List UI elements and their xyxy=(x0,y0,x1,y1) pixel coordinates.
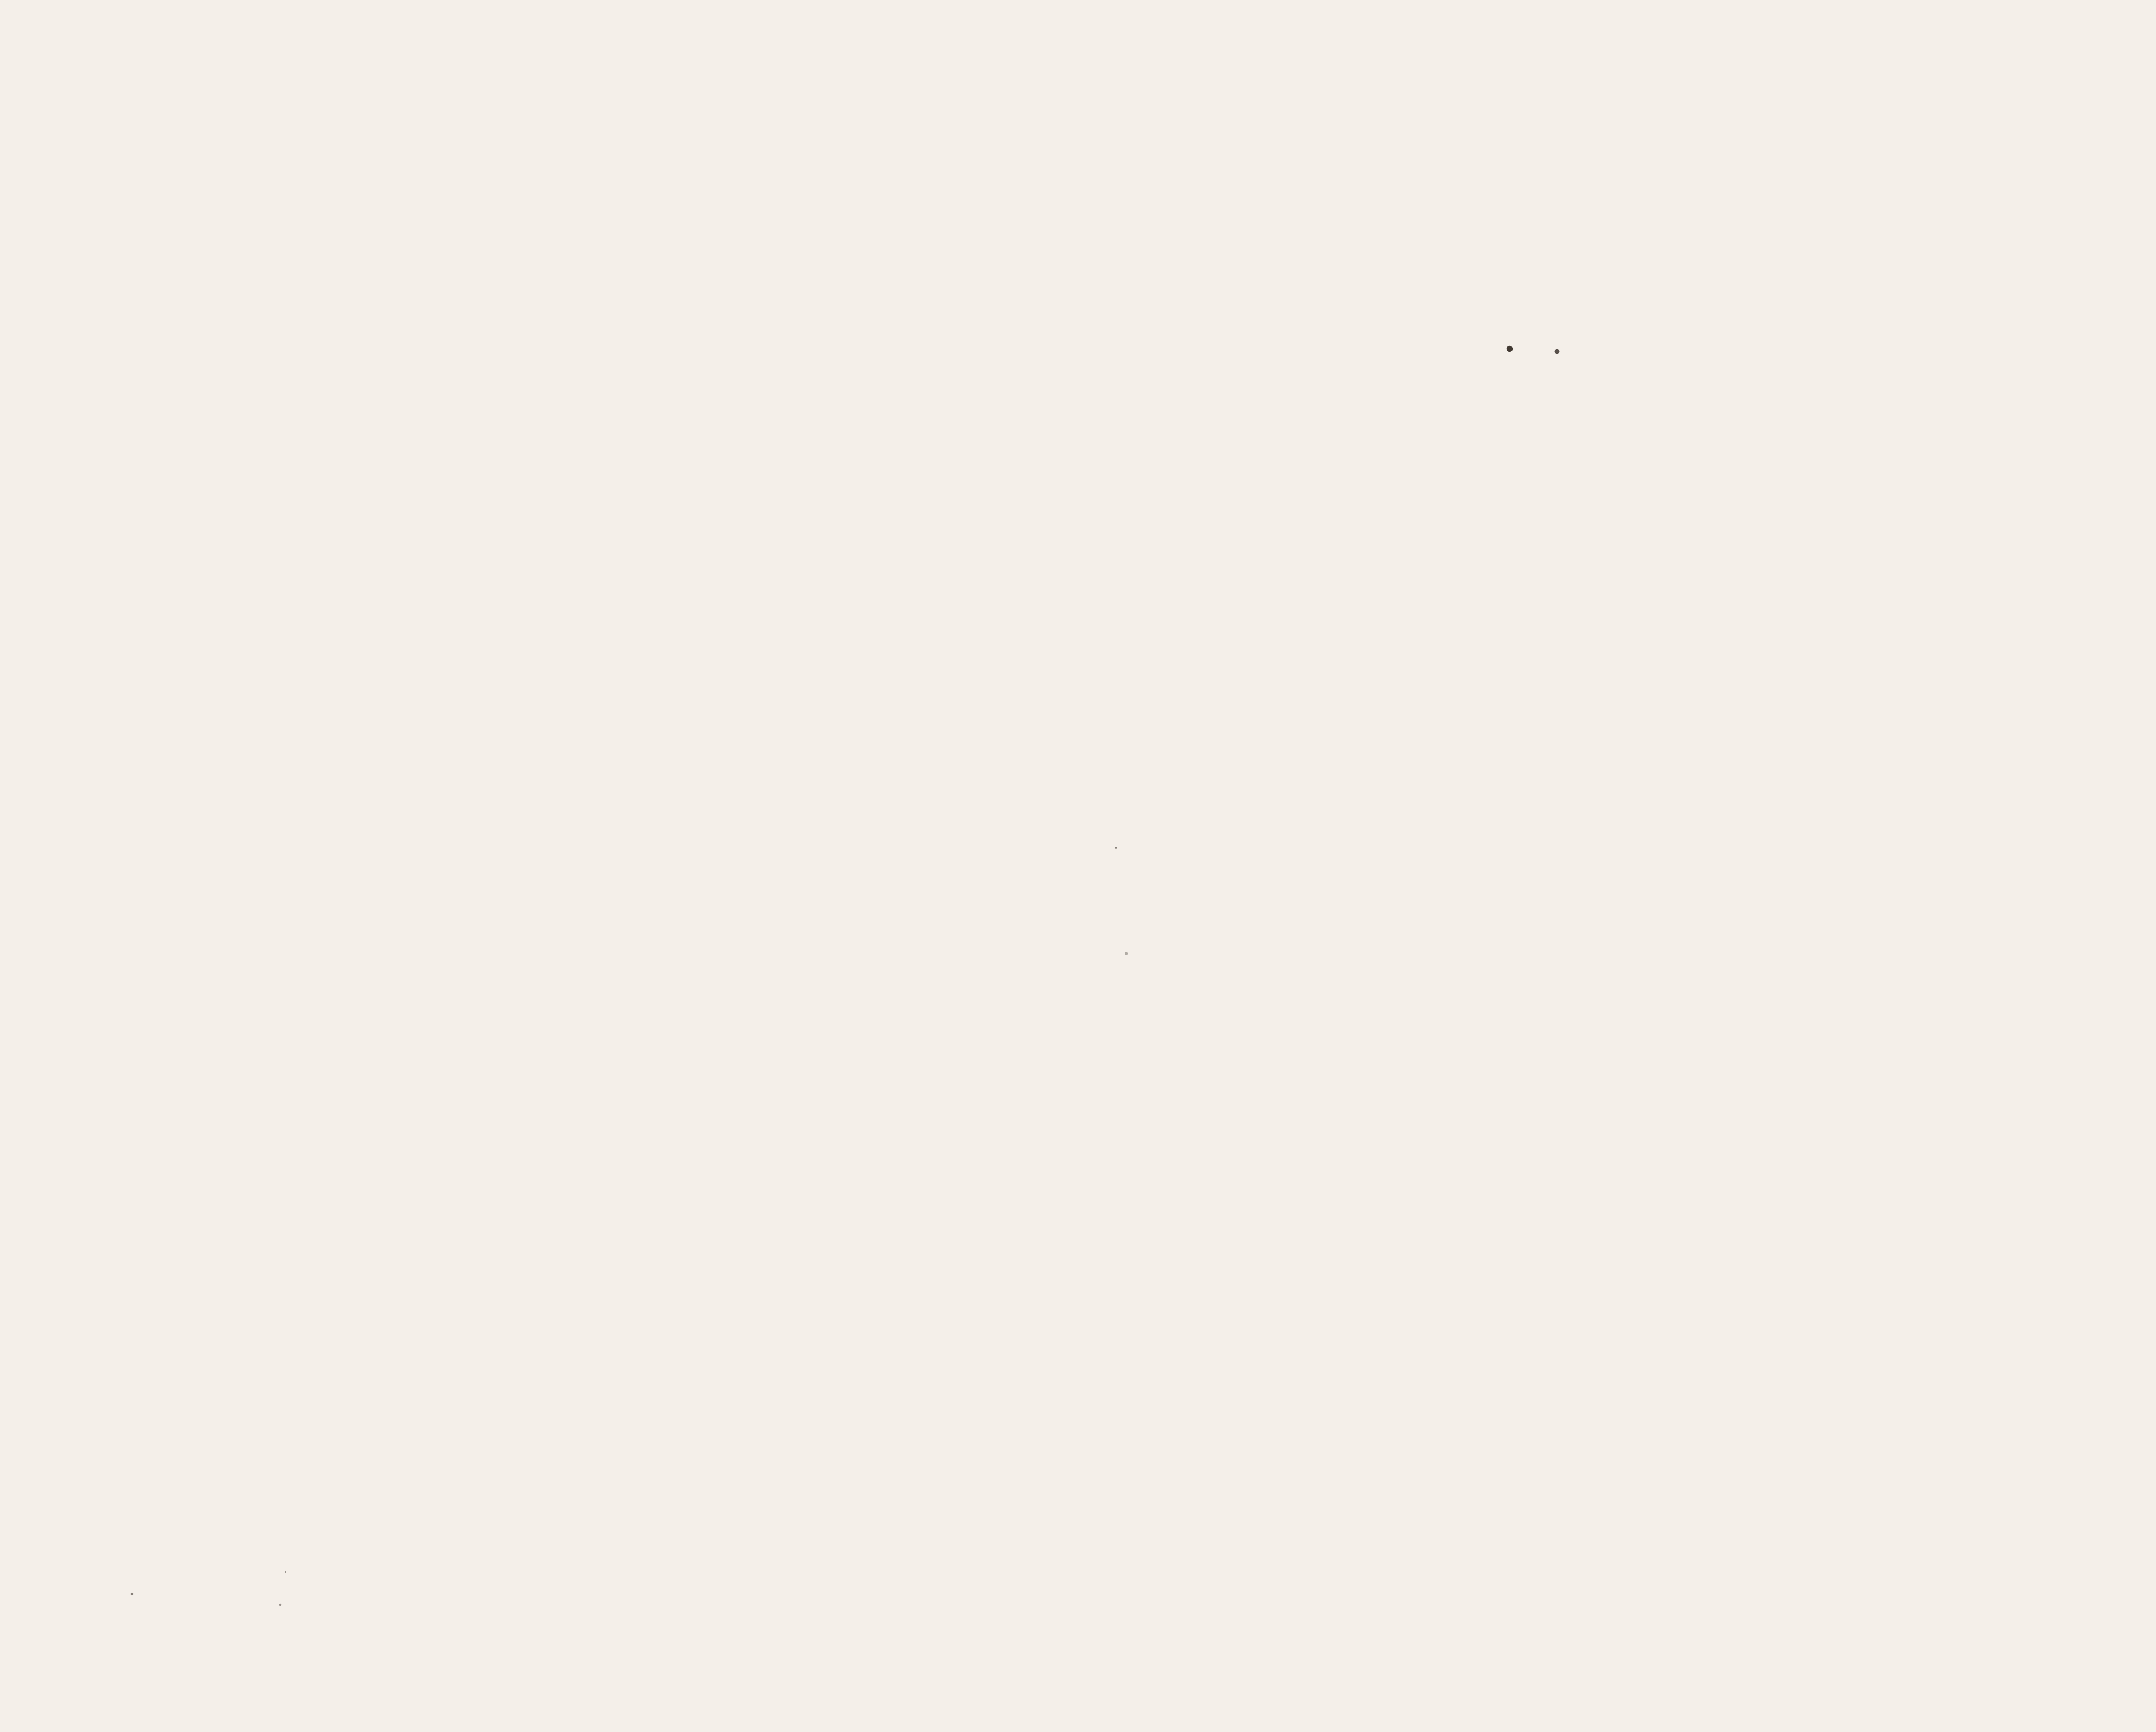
paper-sheet xyxy=(0,0,2156,1732)
manuscript-photo xyxy=(0,0,2156,1732)
manuscript-svg xyxy=(0,0,2156,1732)
